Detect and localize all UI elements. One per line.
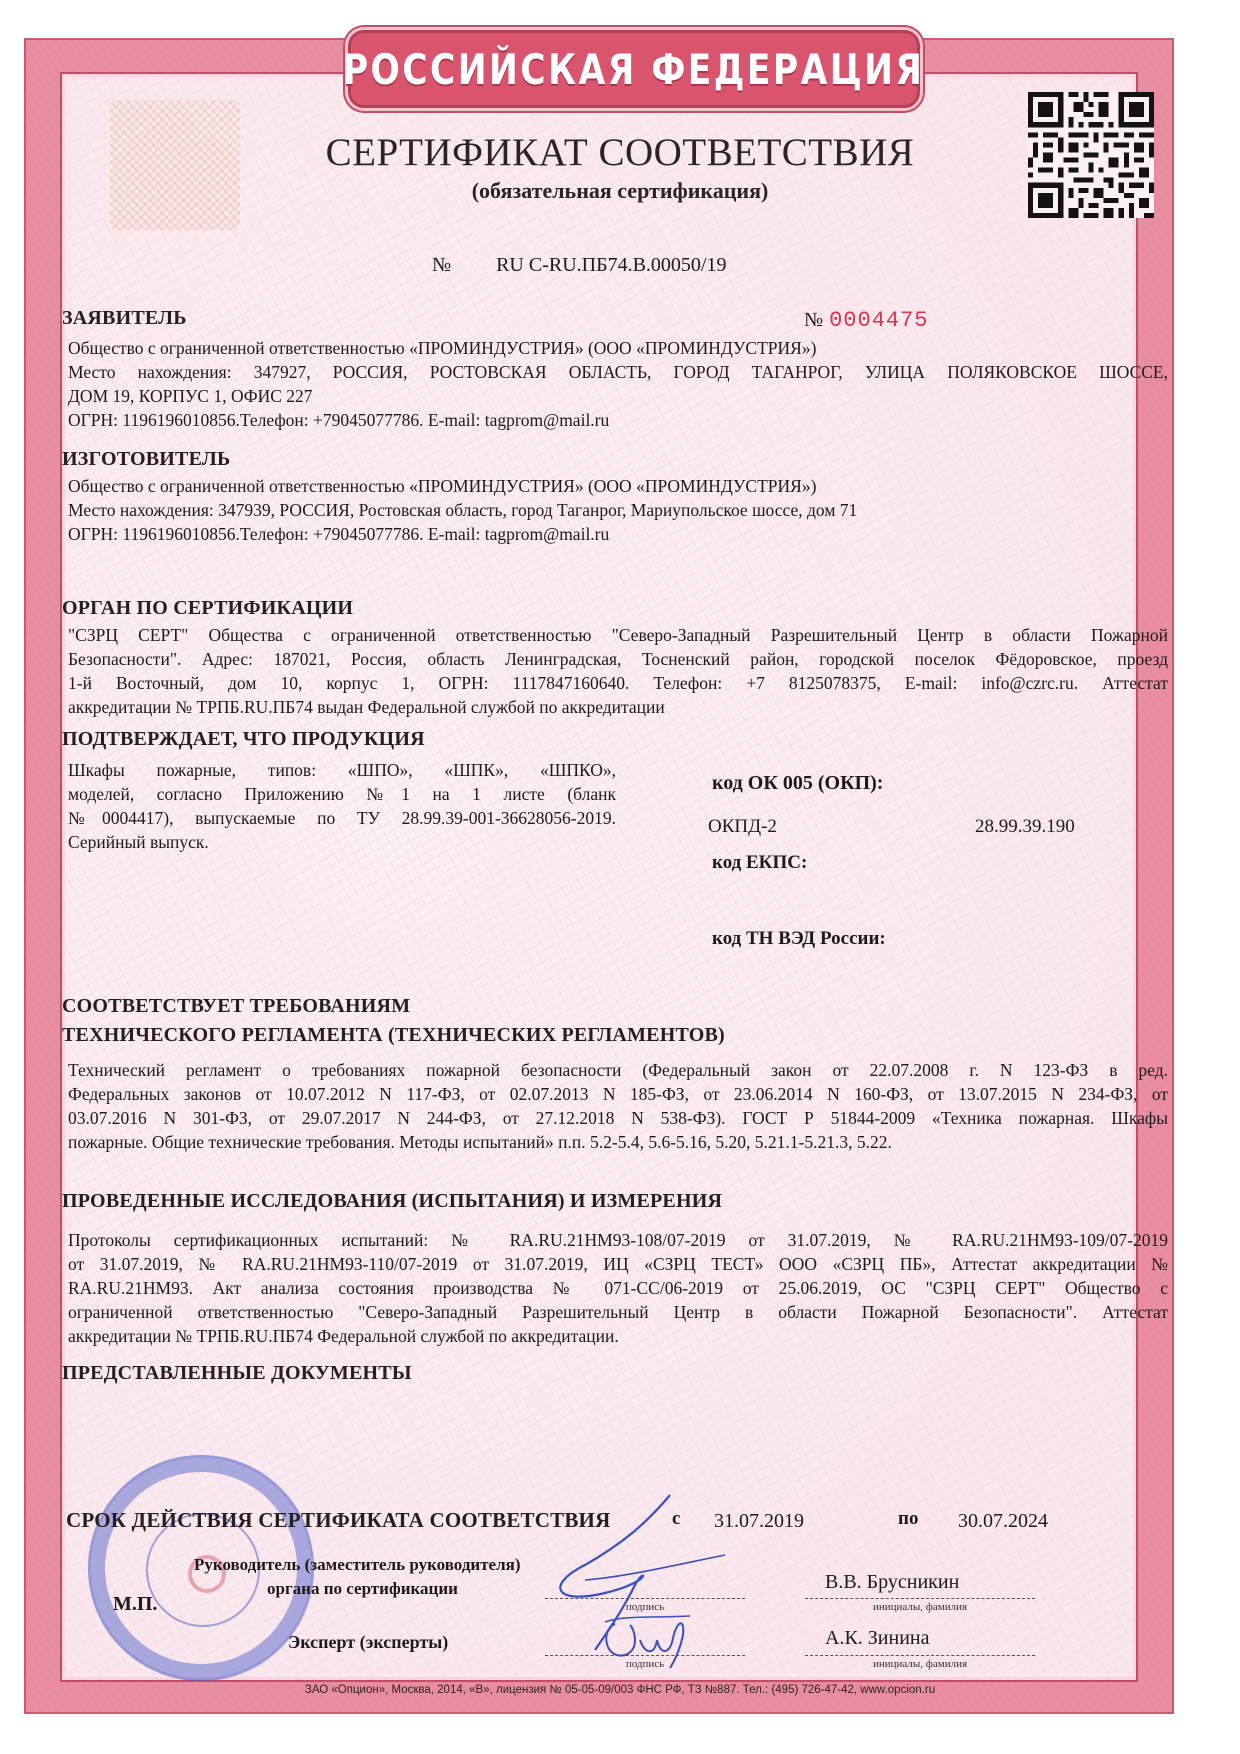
manufacturer-heading: ИЗГОТОВИТЕЛЬ — [62, 448, 230, 471]
tests-heading: ПРОВЕДЕННЫЕ ИССЛЕДОВАНИЯ (ИСПЫТАНИЯ) И И… — [62, 1190, 722, 1213]
tests-line-3: RA.RU.21HM93. Акт анализа состояния прои… — [68, 1276, 1168, 1300]
tests-line-5: аккредитации № ТРПБ.RU.ПБ74 Федеральной … — [68, 1324, 1168, 1348]
qr-code-icon — [1026, 92, 1156, 218]
cb-line-1: "СЗРЦ СЕРТ" Общества с ограниченной отве… — [68, 623, 1168, 647]
technical-regulation-heading: ТЕХНИЧЕСКОГО РЕГЛАМЕНТА (ТЕХНИЧЕСКИХ РЕГ… — [62, 1024, 725, 1047]
requirements-line-2: Федеральных законов от 10.07.2012 N 117-… — [68, 1082, 1168, 1106]
certification-body-details: "СЗРЦ СЕРТ" Общества с ограниченной отве… — [68, 623, 1168, 719]
head-title-label: Руководитель (заместитель руководителя) — [194, 1555, 521, 1575]
tnved-code-label: код ТН ВЭД России: — [712, 928, 886, 950]
requirements-line-3: 03.07.2016 N 301-ФЗ, от 29.07.2017 N 244… — [68, 1106, 1168, 1130]
product-line-4: Серийный выпуск. — [68, 830, 616, 854]
manufacturer-address: Место нахождения: 347939, РОССИЯ, Ростов… — [68, 498, 1168, 522]
cb-line-4: аккредитации № ТРПБ.RU.ПБ74 выдан Федера… — [68, 695, 1168, 719]
applicant-heading: ЗАЯВИТЕЛЬ — [62, 307, 187, 330]
manufacturer-contacts: ОГРН: 1196196010856.Телефон: +7904507778… — [68, 522, 1168, 546]
serial-number-sign: № — [804, 309, 823, 331]
okpd-label: ОКПД-2 — [708, 816, 777, 838]
okp-code-label: код ОК 005 (ОКП): — [712, 772, 883, 795]
validity-to-date: 30.07.2024 — [958, 1510, 1048, 1533]
requirements-line-4: пожарные. Общие технические требования. … — [68, 1130, 1168, 1154]
product-description: Шкафы пожарные, типов: «ШПО», «ШПК», «ШП… — [68, 758, 616, 854]
cb-line-2: Безопасности". Адрес: 187021, Россия, об… — [68, 647, 1168, 671]
blank-serial-number: №0004475 — [804, 308, 929, 333]
certification-body-heading: ОРГАН ПО СЕРТИФИКАЦИИ — [62, 597, 353, 620]
head-name-caption: инициалы, фамилия — [805, 1601, 1035, 1613]
applicant-name: Общество с ограниченной ответственностью… — [68, 336, 1168, 360]
seal-place-label: М.П. — [113, 1593, 157, 1616]
tests-line-1: Протоколы сертификационных испытаний: № … — [68, 1228, 1168, 1252]
applicant-contacts: ОГРН: 1196196010856.Телефон: +7904507778… — [68, 408, 1168, 432]
product-line-3: №0004417), выпускаемые по ТУ 28.99.39-00… — [68, 806, 616, 830]
expert-name-caption: инициалы, фамилия — [805, 1658, 1035, 1670]
tests-text: Протоколы сертификационных испытаний: № … — [68, 1228, 1168, 1348]
documents-heading: ПРЕДСТАВЛЕННЫЕ ДОКУМЕНТЫ — [62, 1362, 412, 1385]
head-name-line — [805, 1598, 1035, 1599]
serial-number-value: 0004475 — [829, 308, 928, 333]
expert-signature-icon — [595, 1610, 715, 1670]
product-line-2: моделей, согласно Приложению №1 на 1 лис… — [68, 782, 616, 806]
okpd-value: 28.99.39.190 — [975, 816, 1075, 838]
requirements-line-1: Технический регламент о требованиях пожа… — [68, 1058, 1168, 1082]
requirements-text: Технический регламент о требованиях пожа… — [68, 1058, 1168, 1154]
tests-line-2: от 31.07.2019, № RA.RU.21HM93-110/07-201… — [68, 1252, 1168, 1276]
number-sign: № — [432, 254, 451, 276]
product-heading: ПОДТВЕРЖДАЕТ, ЧТО ПРОДУКЦИЯ — [62, 728, 425, 751]
cb-line-3: 1-й Восточный, дом 10, корпус 1, ОГРН: 1… — [68, 671, 1168, 695]
head-body-label: органа по сертификации — [267, 1579, 458, 1599]
expert-name: А.К. Зинина — [825, 1627, 930, 1650]
printer-imprint: ЗАО «Опцион», Москва, 2014, «В», лицензи… — [0, 1684, 1240, 1696]
header-banner: РОССИЙСКАЯ ФЕДЕРАЦИЯ — [348, 30, 920, 108]
applicant-address-cont: ДОМ 19, КОРПУС 1, ОФИС 227 — [68, 384, 1168, 408]
tests-line-4: ограниченной ответственностью "Северо-За… — [68, 1300, 1168, 1324]
expert-label: Эксперт (эксперты) — [288, 1632, 448, 1653]
validity-to-label: по — [898, 1508, 918, 1530]
product-line-1: Шкафы пожарные, типов: «ШПО», «ШПК», «ШП… — [68, 758, 616, 782]
certificate-number: № RU C-RU.ПБ74.В.00050/19 — [432, 254, 726, 277]
applicant-details: Общество с ограниченной ответственностью… — [68, 336, 1168, 432]
manufacturer-details: Общество с ограниченной ответственностью… — [68, 474, 1168, 546]
applicant-address: Место нахождения: 347927, РОССИЯ, РОСТОВ… — [68, 360, 1168, 384]
ekps-code-label: код ЕКПС: — [712, 852, 807, 874]
manufacturer-name: Общество с ограниченной ответственностью… — [68, 474, 1168, 498]
requirements-heading: СООТВЕТСТВУЕТ ТРЕБОВАНИЯМ — [62, 995, 410, 1018]
certificate-number-value: RU C-RU.ПБ74.В.00050/19 — [496, 254, 726, 276]
head-name: В.В. Брусникин — [825, 1571, 959, 1594]
expert-name-line — [805, 1655, 1035, 1656]
certificate-body — [60, 72, 1138, 1682]
banner-text: РОССИЙСКАЯ ФЕДЕРАЦИЯ — [343, 45, 925, 94]
